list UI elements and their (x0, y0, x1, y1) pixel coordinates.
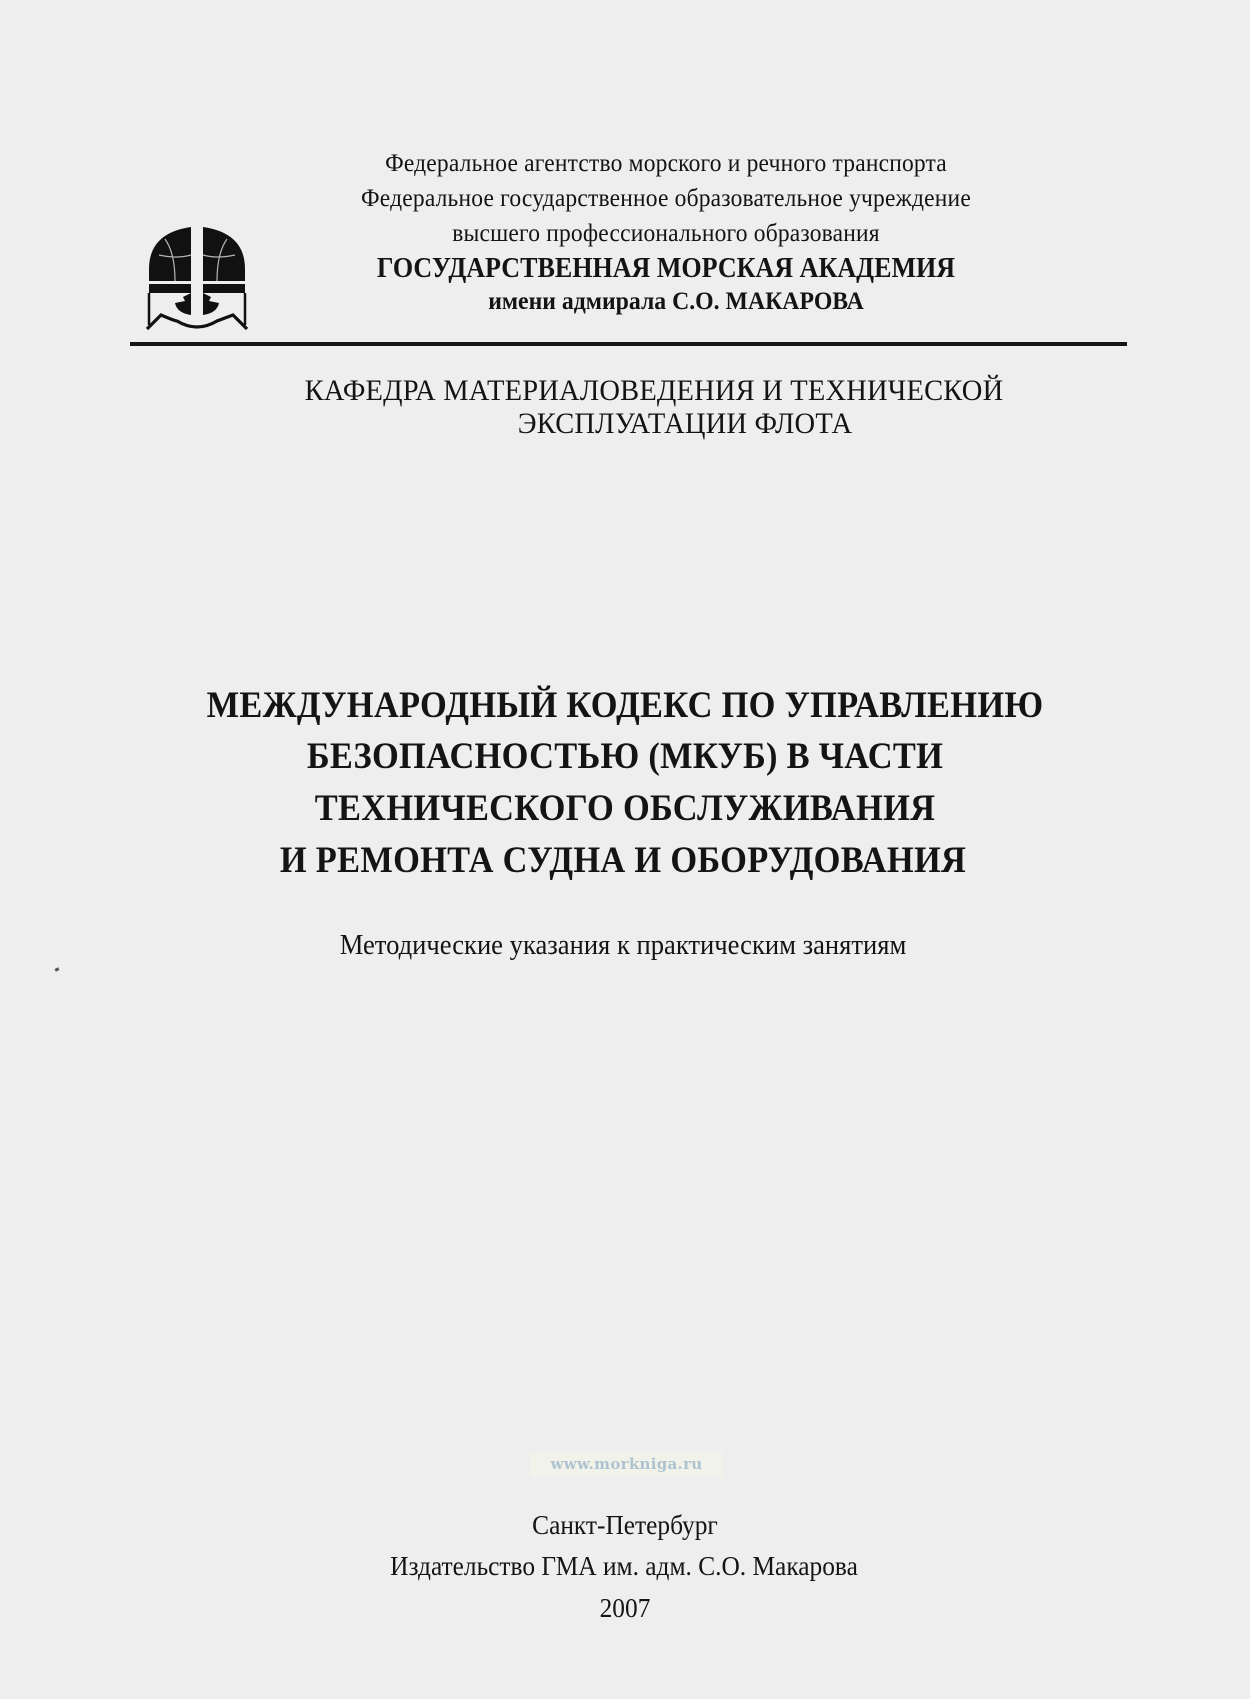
department-line-2: ЭКСПЛУАТАЦИИ ФЛОТА (91, 407, 1250, 441)
academy-name: ГОСУДАРСТВЕННАЯ МОРСКАЯ АКАДЕМИЯ (85, 253, 1248, 285)
header-line-agency: Федеральное агентство морского и речного… (79, 150, 1250, 178)
scan-speck (55, 967, 60, 971)
imprint-publisher: Издательство ГМА им. адм. С.О. Макарова (37, 1551, 1212, 1582)
title-line-1: МЕЖДУНАРОДНЫЙ КОДЕКС ПО УПРАВЛЕНИЮ (44, 684, 1207, 727)
header-line-education: высшего профессионального образования (79, 220, 1250, 248)
imprint-city: Санкт-Петербург (38, 1510, 1213, 1541)
watermark: www.morkniga.ru (530, 1452, 723, 1477)
header-line-institution: Федеральное государственное образователь… (79, 185, 1250, 213)
subtitle: Методические указания к практическим зан… (29, 930, 1217, 962)
title-line-4: И РЕМОНТА СУДНА И ОБОРУДОВАНИЯ (42, 839, 1205, 882)
title-line-3: ТЕХНИЧЕСКОГО ОБСЛУЖИВАНИЯ (44, 787, 1207, 830)
imprint-year: 2007 (38, 1593, 1213, 1624)
header-divider (130, 342, 1127, 346)
academy-named-after: имени адмирала С.О. МАКАРОВА (82, 288, 1250, 316)
title-line-2: БЕЗОПАСНОСТЬЮ (МКУБ) В ЧАСТИ (44, 735, 1207, 778)
department-line-1: КАФЕДРА МАТЕРИАЛОВЕДЕНИЯ И ТЕХНИЧЕСКОЙ (60, 374, 1248, 408)
